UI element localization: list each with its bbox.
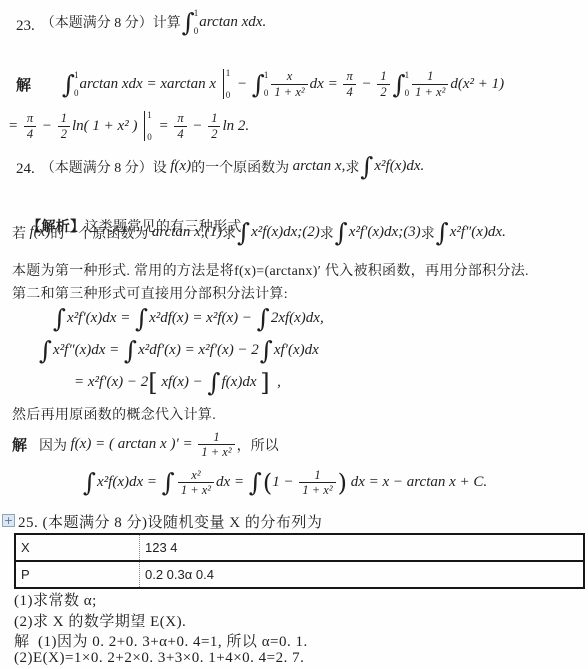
p24-formula3: = x²f′(x) − 2[ xf(x) − ∫f(x)dx ] , (74, 370, 281, 395)
math-token-m: arctan xdx. (199, 14, 266, 31)
math-token-m: 2xf(x)dx, (271, 310, 324, 327)
math-token-m: dx = (216, 474, 248, 491)
math-token-bar: 10 (223, 68, 231, 100)
math-token-big: ) (338, 471, 347, 495)
math-token-m: − (38, 118, 56, 135)
p24-text3: 然后再用原函数的概念代入计算. (12, 404, 216, 424)
math-token-c: 求 (320, 223, 334, 243)
math-token-frac: 11 + x² (299, 468, 335, 498)
table-row-x: X 123 4 (15, 534, 584, 561)
math-token-m: = (155, 118, 173, 135)
table-row-p: P 0.2 0.3α 0.4 (15, 561, 584, 588)
math-token-b: 解 (12, 434, 27, 455)
math-token-frac: 11 + x² (412, 69, 448, 99)
math-token-frac: 12 (208, 111, 220, 141)
math-token-frac: π4 (343, 69, 355, 99)
math-token-int: ∫ (83, 470, 96, 495)
math-token-int: ∫ (53, 306, 66, 331)
math-token-m: arctan x, (293, 158, 346, 175)
math-token-int: ∫ (249, 470, 262, 495)
math-token-int: ∫ (207, 370, 220, 395)
math-token-m: x²f′(x)dx = (67, 310, 134, 327)
math-token-c: 若 (12, 223, 30, 243)
p25-solution-line1: 解 (1)因为 0. 2+0. 3+α+0. 4=1, 所以 α=0. 1. (14, 630, 308, 651)
math-token-m: f(x)dx (222, 374, 261, 391)
math-token-int: ∫ (335, 220, 348, 245)
math-token-c: 求 (222, 223, 236, 243)
document-page: 23. （本题满分 8 分）计算∫10arctan xdx. 解∫10arcta… (0, 0, 588, 669)
math-token-m: ln 2. (222, 118, 249, 135)
math-token-big: [ (148, 371, 157, 395)
p24-text1: 本题为第一种形式. 常用的方法是将f(x)=(arctanx)′ 代入被积函数，… (12, 260, 529, 280)
math-token-int: ∫ (39, 338, 52, 363)
math-token-m: x²df(x) = x²f(x) − (149, 310, 256, 327)
p24-solution-intro: 解因为 f(x) = ( arctan x )′ = 11 + x²，所以 (12, 430, 279, 460)
math-token-m: = (8, 118, 22, 135)
math-token-m: f(x) = ( arctan x )′ = (71, 436, 197, 453)
math-token-frac: π4 (24, 111, 36, 141)
p23-number: 23. (16, 18, 35, 36)
math-token-c: 求 (345, 157, 359, 177)
math-token-big: ] (260, 371, 269, 395)
math-token-int: ∫10 (62, 70, 79, 98)
math-token-m: x²f″(x)dx = (53, 342, 123, 359)
math-token-m: = x²f′(x) − 2 (74, 374, 148, 391)
math-token-int: ∫ (124, 338, 137, 363)
math-token-m: arctan xdx = xarctan x (80, 76, 220, 93)
p23-header-formula: （本题满分 8 分）计算∫10arctan xdx. (41, 8, 266, 36)
math-token-int: ∫ (135, 306, 148, 331)
math-token-frac: 12 (377, 69, 389, 99)
p24-formula1: ∫x²f′(x)dx = ∫x²df(x) = x²f(x) − ∫2xf(x)… (52, 306, 324, 331)
math-token-m: x²f″(x)dx. (450, 224, 506, 241)
table-cell-p-values: 0.2 0.3α 0.4 (140, 561, 585, 588)
math-token-int: ∫10 (182, 8, 199, 36)
math-token-m: − (358, 76, 376, 93)
math-token-m: arctan x, (152, 224, 205, 241)
distribution-table: X 123 4 P 0.2 0.3α 0.4 (14, 533, 585, 589)
math-token-frac: π4 (174, 111, 186, 141)
math-token-int: ∫10 (252, 70, 269, 98)
math-token-m: f(x) (30, 224, 51, 241)
math-token-int: ∫ (237, 220, 250, 245)
p24-text2: 第二和第三种形式可直接用分部积分法计算: (12, 283, 288, 303)
p24-formula2: ∫x²f″(x)dx = ∫x²df′(x) = x²f′(x) − 2∫xf′… (38, 338, 319, 363)
math-token-c: 求 (421, 223, 435, 243)
math-token-frac: 12 (58, 111, 70, 141)
p23-solution-line2: = π4 − 12ln( 1 + x² ) 10 = π4 − 12ln 2. (8, 110, 249, 142)
math-token-m: x²f(x)dx = (97, 474, 161, 491)
p23-solution-line1: 解∫10arctan xdx = xarctan x 10 − ∫10x1 + … (16, 68, 504, 100)
math-token-m: dx = (310, 76, 342, 93)
table-cell-x-values: 123 4 (140, 534, 585, 561)
math-token-int: ∫ (260, 338, 273, 363)
math-token-frac: x²1 + x² (178, 468, 214, 498)
math-token-b: 解 (16, 74, 31, 95)
math-token-int: ∫ (436, 220, 449, 245)
math-token-m: x²f(x)dx; (251, 224, 302, 241)
table-move-handle-icon[interactable]: + (2, 514, 15, 527)
math-token-m: x²f′(x)dx; (349, 224, 403, 241)
math-token-frac: 11 + x² (198, 430, 234, 460)
math-token-m: f(x) (170, 158, 191, 175)
table-cell-p-label: P (15, 561, 140, 588)
math-token-c: 的一个原函数为 (191, 157, 293, 177)
math-token-int: ∫ (257, 306, 270, 331)
math-token-m: x²df′(x) = x²f′(x) − 2 (138, 342, 259, 359)
math-token-m: 1 − (272, 474, 297, 491)
math-token-c: ，所以 (237, 435, 279, 455)
math-token-big: ( (263, 471, 272, 495)
math-token-m: , (270, 374, 281, 391)
p24-three-forms-line: 若 f(x)的一个原函数为 arctan x,(1)求∫x²f(x)dx;(2)… (12, 220, 506, 245)
math-token-c: （本题满分 8 分）设 (41, 157, 171, 177)
math-token-m: d(x² + 1) (450, 76, 504, 93)
math-token-m: (1) (205, 224, 223, 241)
math-token-bar: 10 (144, 110, 152, 142)
p25-header: 25. (本题满分 8 分)设随机变量 X 的分布列为 (18, 511, 322, 532)
math-token-m: ln( 1 + x² ) (72, 118, 141, 135)
math-token-m: − (189, 118, 207, 135)
math-token-m: (2) (302, 224, 320, 241)
math-token-c: （本题满分 8 分）计算 (41, 12, 181, 32)
math-token-m: (3) (403, 224, 421, 241)
p25-solution-line2: (2)E(X)=1×0. 2+2×0. 3+3×0. 1+4×0. 4=2. 7… (14, 650, 304, 667)
p24-number: 24. (16, 161, 35, 179)
p24-header-line: 24. （本题满分 8 分）设 f(x)的一个原函数为 arctan x,求∫x… (16, 154, 424, 179)
table-cell-x-label: X (15, 534, 140, 561)
math-token-int: ∫10 (393, 70, 410, 98)
math-token-int: ∫ (360, 154, 373, 179)
p24-solution-formula: ∫x²f(x)dx = ∫x²1 + x²dx = ∫(1 − 11 + x²)… (82, 468, 487, 498)
math-token-m: x²f(x)dx. (374, 158, 424, 175)
p24-header-formula: （本题满分 8 分）设 f(x)的一个原函数为 arctan x,求∫x²f(x… (41, 154, 425, 179)
math-token-m: dx = x − arctan x + C. (347, 474, 487, 491)
math-token-m: − (233, 76, 251, 93)
plus-icon: + (4, 514, 13, 527)
math-token-frac: x1 + x² (271, 69, 307, 99)
p25-question2: (2)求 X 的数学期望 E(X). (14, 610, 186, 631)
p23-header-line: 23. （本题满分 8 分）计算∫10arctan xdx. (16, 8, 266, 36)
math-token-int: ∫ (162, 470, 175, 495)
p25-question1: (1)求常数 α; (14, 589, 97, 610)
math-token-c: 的一个原函数为 (50, 223, 152, 243)
math-token-m: xf(x) − (158, 374, 207, 391)
math-token-m: xf′(x)dx (274, 342, 319, 359)
math-token-c: 因为 (39, 435, 71, 455)
